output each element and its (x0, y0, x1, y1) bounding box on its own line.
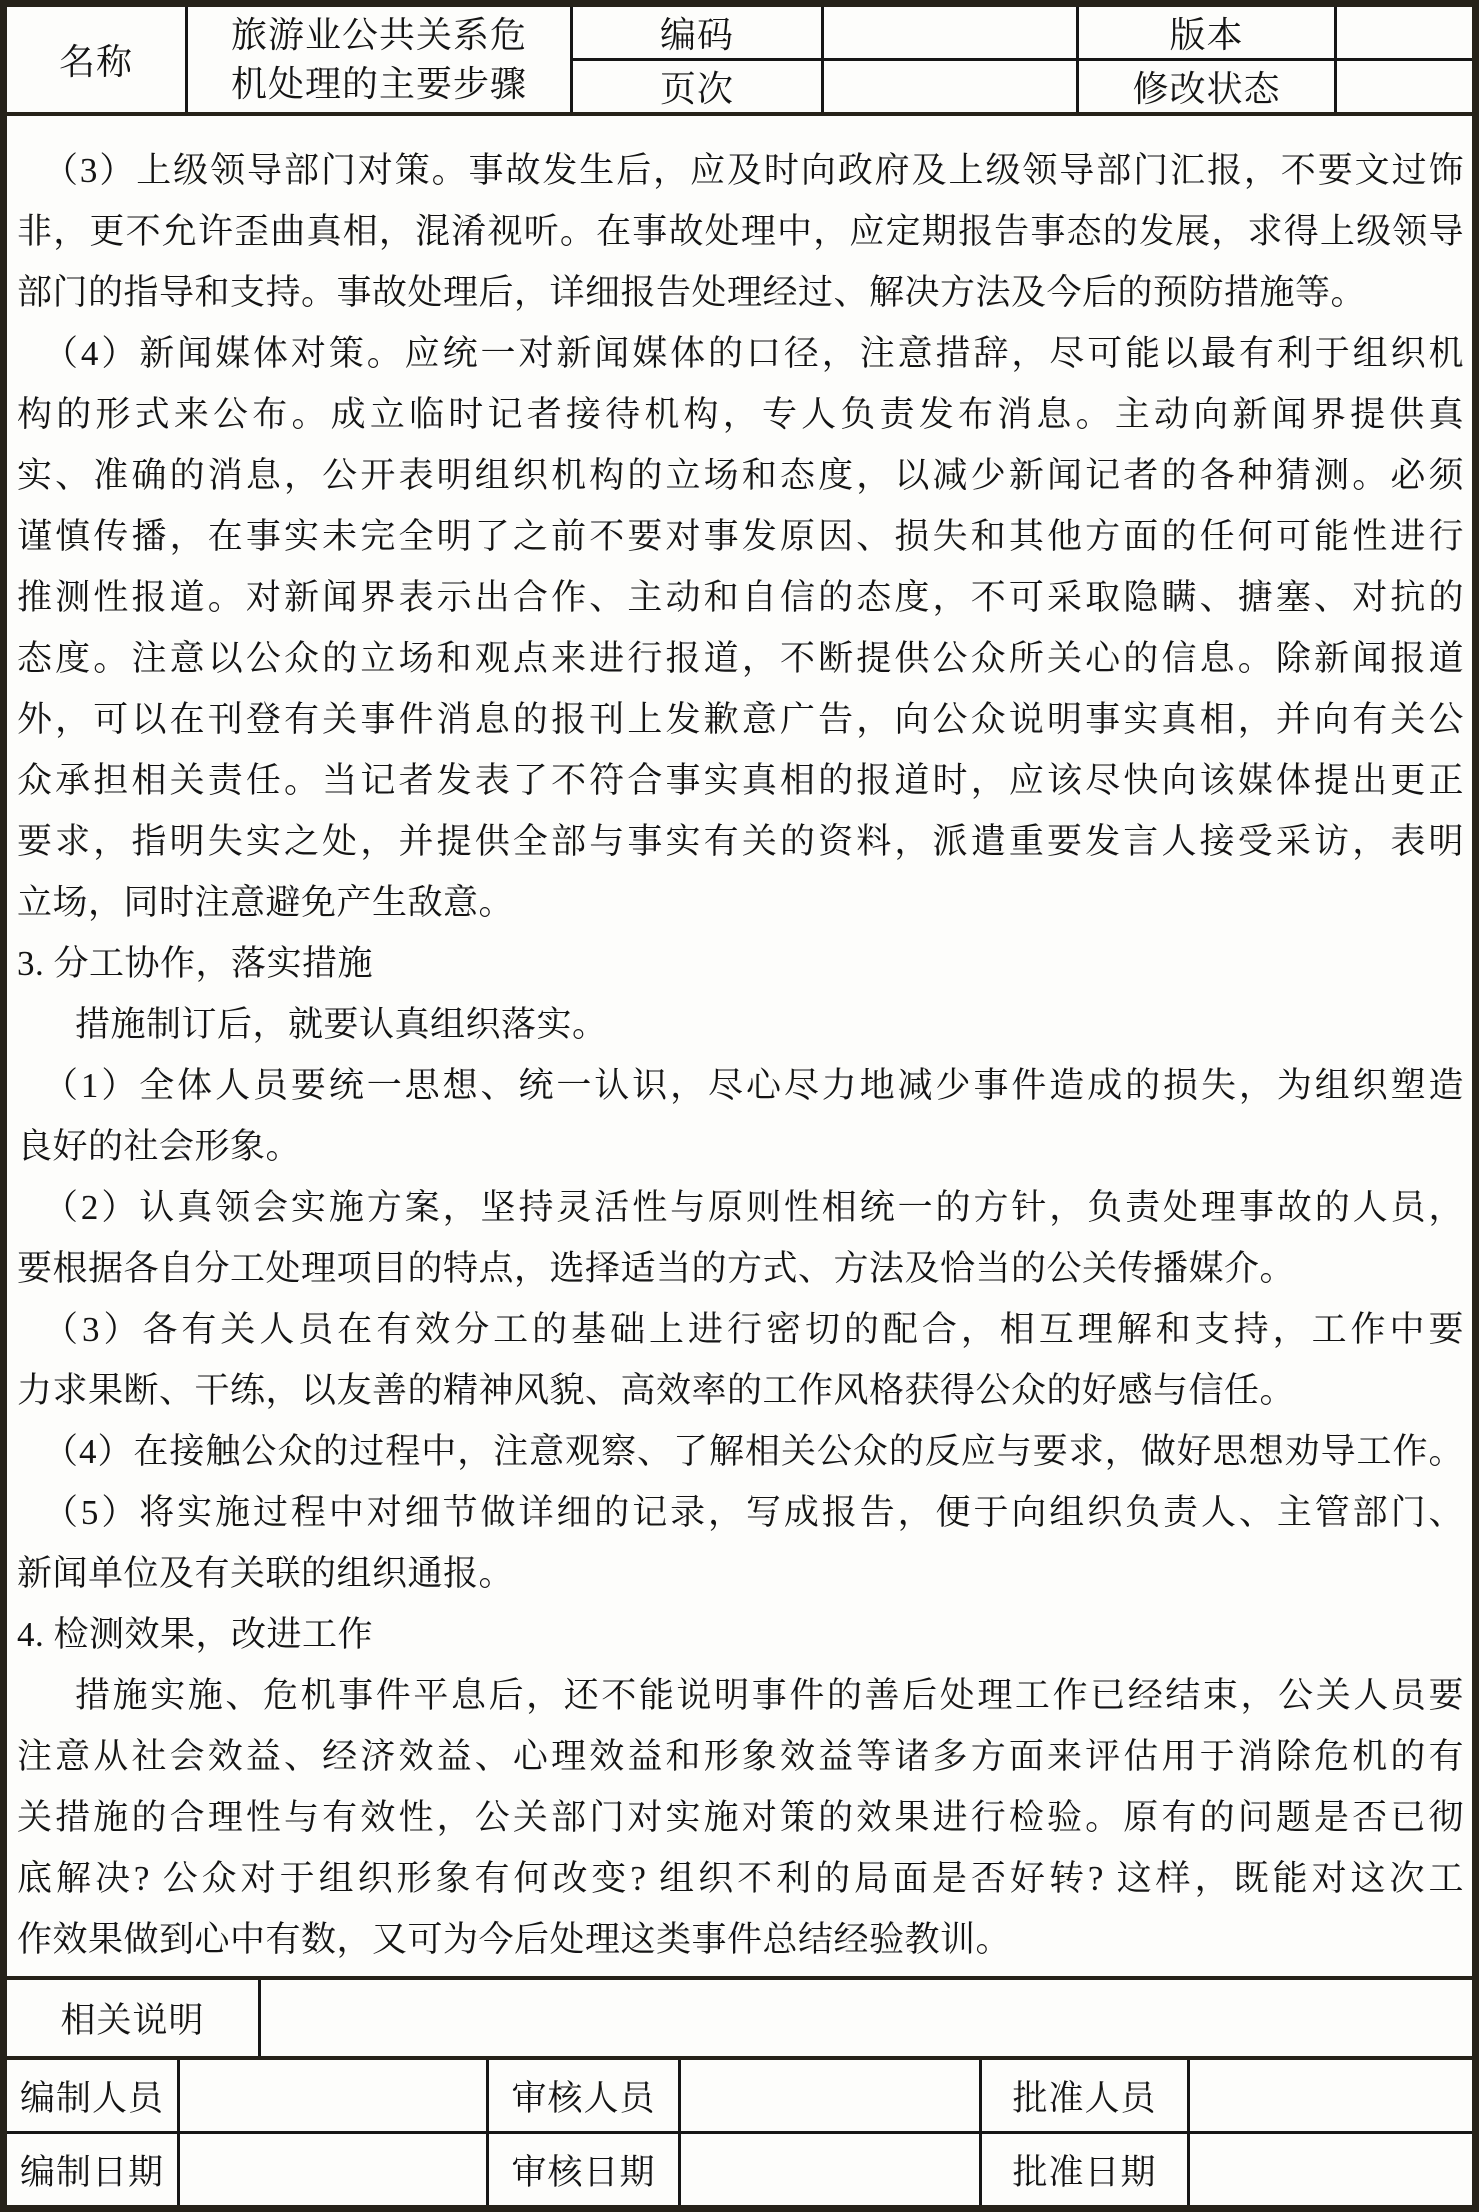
sig-label: 审核人员 (489, 2060, 678, 2131)
name-label: 名称 (7, 7, 185, 112)
notes-value-cell (261, 1980, 1472, 2056)
sig-label: 编制人员 (7, 2060, 177, 2131)
body-line: 3. 分工协作，落实措施 (17, 933, 1464, 994)
body-line: 要求，指明失实之处，并提供全部与事实有关的资料，派遣重要发言人接受采访，表明 (17, 811, 1464, 872)
body-line: 关措施的合理性与有效性，公关部门对实施对策的效果进行检验。原有的问题是否已彻 (17, 1787, 1464, 1848)
revision-status-label: 修改状态 (1079, 61, 1334, 112)
body-line: 注意从社会效益、经济效益、心理效益和形象效益等诸多方面来评估用于消除危机的有 (17, 1726, 1464, 1787)
body-line: 措施制订后，就要认真组织落实。 (17, 994, 1464, 1055)
sig-value-cell (681, 2134, 979, 2205)
body-line: 作效果做到心中有数，又可为今后处理这类事件总结经验教训。 (17, 1909, 1464, 1970)
sig-value-cell (681, 2060, 979, 2131)
body-line: 推测性报道。对新闻界表示出合作、主动和自信的态度，不可采取隐瞒、搪塞、对抗的 (17, 567, 1464, 628)
body-line: 态度。注意以公众的立场和观点来进行报道，不断提供公众所关心的信息。除新闻报道 (17, 628, 1464, 689)
code-value-cell (824, 7, 1076, 58)
body-line: （3）上级领导部门对策。事故发生后，应及时向政府及上级领导部门汇报，不要文过饰 (17, 140, 1464, 201)
body-line: （4）在接触公众的过程中，注意观察、了解相关公众的反应与要求，做好思想劝导工作。 (17, 1421, 1464, 1482)
sig-label: 批准日期 (982, 2134, 1187, 2205)
body-line: 实、准确的消息，公开表明组织机构的立场和态度，以减少新闻记者的各种猜测。必须 (17, 445, 1464, 506)
revision-value-cell (1337, 61, 1472, 112)
body-line: 众承担相关责任。当记者发表了不符合事实真相的报道时，应该尽快向该媒体提出更正 (17, 750, 1464, 811)
body-line: 底解决? 公众对于组织形象有何改变? 组织不利的局面是否好转? 这样，既能对这次… (17, 1848, 1464, 1909)
notes-label: 相关说明 (7, 1980, 258, 2056)
body-line: 要根据各自分工处理项目的特点，选择适当的方式、方法及恰当的公关传播媒介。 (17, 1238, 1464, 1299)
body-line: 新闻单位及有关联的组织通报。 (17, 1543, 1464, 1604)
body-line: 措施实施、危机事件平息后，还不能说明事件的善后处理工作已经结束，公关人员要 (17, 1665, 1464, 1726)
body-line: 谨慎传播，在事实未完全明了之前不要对事发原因、损失和其他方面的任何可能性进行 (17, 506, 1464, 567)
header-table: 名称 旅游业公共关系危 机处理的主要步骤 编码 版本 页次 修改状态 (7, 7, 1472, 112)
sig-label: 审核日期 (489, 2134, 678, 2205)
document-page: 名称 旅游业公共关系危 机处理的主要步骤 编码 版本 页次 修改状态 （3）上级… (0, 0, 1479, 2212)
document-title-line1: 旅游业公共关系危 (231, 11, 527, 60)
body-line: 构的形式来公布。成立临时记者接待机构，专人负责发布消息。主动向新闻界提供真 (17, 384, 1464, 445)
sig-value-cell (180, 2134, 486, 2205)
body-line: 力求果断、干练，以友善的精神风貌、高效率的工作风格获得公众的好感与信任。 (17, 1360, 1464, 1421)
document-title: 旅游业公共关系危 机处理的主要步骤 (188, 7, 570, 112)
sig-value-cell (1190, 2134, 1472, 2205)
body-line: （5）将实施过程中对细节做详细的记录，写成报告，便于向组织负责人、主管部门、 (17, 1482, 1464, 1543)
document-title-line2: 机处理的主要步骤 (231, 60, 527, 109)
sig-label: 批准人员 (982, 2060, 1187, 2131)
code-label: 编码 (573, 7, 821, 58)
body-line: 外，可以在刊登有关事件消息的报刊上发歉意广告，向公众说明事实真相，并向有关公 (17, 689, 1464, 750)
version-value-cell (1337, 7, 1472, 58)
body-line: 良好的社会形象。 (17, 1116, 1464, 1177)
sig-value-cell (1190, 2060, 1472, 2131)
signature-table: 编制人员审核人员批准人员编制日期审核日期批准日期 (7, 2060, 1472, 2205)
body-line: 非，更不允许歪曲真相，混淆视听。在事故处理中，应定期报告事态的发展，求得上级领导 (17, 201, 1464, 262)
body-line: （3）各有关人员在有效分工的基础上进行密切的配合，相互理解和支持，工作中要 (17, 1299, 1464, 1360)
sig-value-cell (180, 2060, 486, 2131)
page-value-cell (824, 61, 1076, 112)
sig-label: 编制日期 (7, 2134, 177, 2205)
body-text: （3）上级领导部门对策。事故发生后，应及时向政府及上级领导部门汇报，不要文过饰非… (7, 116, 1472, 1976)
page-label: 页次 (573, 61, 821, 112)
version-label: 版本 (1079, 7, 1334, 58)
body-line: 4. 检测效果，改进工作 (17, 1604, 1464, 1665)
body-line: 部门的指导和支持。事故处理后，详细报告处理经过、解决方法及今后的预防措施等。 (17, 262, 1464, 323)
body-line: （2）认真领会实施方案，坚持灵活性与原则性相统一的方针，负责处理事故的人员， (17, 1177, 1464, 1238)
body-line: （1）全体人员要统一思想、统一认识，尽心尽力地减少事件造成的损失，为组织塑造 (17, 1055, 1464, 1116)
body-line: 立场，同时注意避免产生敌意。 (17, 872, 1464, 933)
body-line: （4）新闻媒体对策。应统一对新闻媒体的口径，注意措辞，尽可能以最有利于组织机 (17, 323, 1464, 384)
notes-table: 相关说明 (7, 1980, 1472, 2056)
